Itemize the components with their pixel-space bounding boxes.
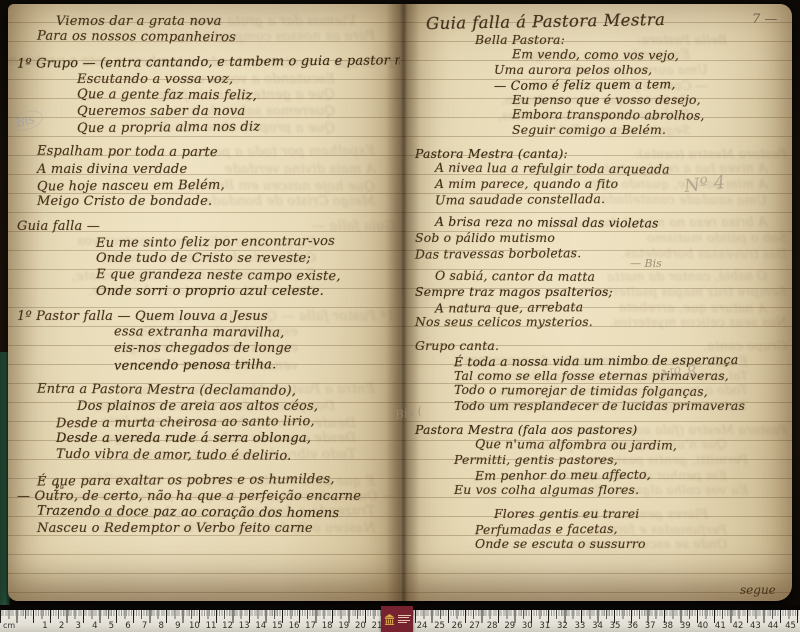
manuscript-line-text: Uma saudade constellada. <box>435 191 605 207</box>
manuscript-line-text: Perfumadas e facetas, <box>475 521 618 537</box>
ruler-number: 17 <box>305 621 316 631</box>
manuscript-line-text: Guia falla — <box>17 219 100 234</box>
ruler-number: 20 <box>355 621 366 631</box>
manuscript-line-text: Onde tudo de Cristo se reveste; <box>96 251 311 266</box>
manuscript-line: — Como é feliz quem a tem, <box>412 75 790 93</box>
manuscript-line: Dos plainos de areia aos altos céos, <box>14 399 398 415</box>
manuscript-line-text: A nivea lua a refulgir toda arqueada <box>435 160 670 177</box>
manuscript-line: Espalham por toda a parte <box>14 144 398 163</box>
manuscript-line: Pastora Mestra (canta): <box>412 146 790 161</box>
manuscript-line: essa extranha maravilha, <box>14 324 398 343</box>
manuscript-line-text: Seguir comigo a Belém. <box>512 122 666 137</box>
manuscript-line: Nasceu o Redemptor o Verbo feito carne <box>14 521 398 537</box>
ruler-number: 15 <box>272 621 283 631</box>
manuscript-line: Desde a murta cheirosa ao santo lirio, <box>14 413 398 433</box>
manuscript-line-text: Dos plainos de areia aos altos céos, <box>77 399 318 414</box>
manuscript-line-text: 1º Pastor falla — Quem louva a Jesus <box>17 309 268 324</box>
manuscript-line-text: eis-nos chegados de longe <box>114 341 292 356</box>
logo-text-lines <box>398 615 411 624</box>
notebook-spread: Viemos dar a grata nova Para os nossos c… <box>8 4 792 601</box>
manuscript-line: eis-nos chegados de longe <box>14 341 398 357</box>
manuscript-line: Em vendo, como vos vejo, <box>412 46 790 64</box>
ruler-number: 25 <box>434 621 445 631</box>
manuscript-line: Todo o rumorejar de timidas folganças, <box>412 382 790 400</box>
manuscript-line-text: Nasceu o Redemptor o Verbo feito carne <box>37 521 313 536</box>
manuscript-line: Trazendo a doce paz ao coração dos homen… <box>14 504 398 523</box>
ruler-number: 28 <box>487 621 498 631</box>
ruler-number: 29 <box>504 621 515 631</box>
ruler-number: 6 <box>125 621 130 631</box>
manuscript-line: vencendo penosa trilha. <box>14 356 398 376</box>
manuscript-line-text: Que a gente faz mais feliz, <box>77 87 257 103</box>
manuscript-line: A mais divina verdade <box>14 162 398 178</box>
pencil-annotation-no4: Nº 4 <box>683 172 726 197</box>
ruler-number: 34 <box>592 621 603 631</box>
right-page: Guia falla á Pastora Mestra Bella Pastor… <box>400 4 792 601</box>
manuscript-line-text: Pastora Mestra (fala aos pastores) <box>415 422 637 437</box>
ruler-number: 43 <box>750 621 761 631</box>
manuscript-line: É que para exaltar os pobres e os humild… <box>14 471 398 491</box>
manuscript-line: — Outro, de certo, não ha que a perfeiçã… <box>14 489 398 505</box>
manuscript-line: Bella Pastora: <box>412 32 790 47</box>
manuscript-line-text: Em penhor do meu affecto, <box>475 467 651 484</box>
right-page-text: Bella Pastora: Em vendo, como vos vejo, … <box>412 32 790 551</box>
ruler-number: 8 <box>158 621 163 631</box>
manuscript-line: E que grandeza neste campo existe, <box>14 266 398 285</box>
manuscript-line-text: Eu me sinto feliz por encontrar-vos <box>96 234 335 251</box>
manuscript-line: Permitti, gentis pastores, <box>412 452 790 467</box>
manuscript-line-text: Espalham por toda a parte <box>37 144 218 160</box>
ruler-number: 40 <box>697 621 708 631</box>
ruler-number: 30 <box>522 621 533 631</box>
manuscript-line: Todo um resplandecer de lucidas primaver… <box>412 398 790 413</box>
manuscript-line: Perfumadas e facetas, <box>412 519 790 537</box>
manuscript-line: A nivea lua a refulgir toda arqueada <box>412 160 790 178</box>
manuscript-line: Flores gentis eu trarei <box>412 506 790 521</box>
manuscript-line: Eu me sinto feliz por encontrar-vos <box>14 234 398 254</box>
building-icon <box>383 613 396 626</box>
pencil-annotation-bis: — Bis <box>630 257 662 270</box>
manuscript-line: Pastora Mestra (fala aos pastores) <box>412 422 790 437</box>
manuscript-line-text: Para os nossos companheiros <box>37 29 236 46</box>
manuscript-line-text: Bella Pastora: <box>475 32 565 47</box>
manuscript-line: 1º Pastor falla — Quem louva a Jesus <box>14 309 398 325</box>
ruler-number: 14 <box>255 621 266 631</box>
manuscript-line: Meigo Cristo de bondade. <box>14 194 398 210</box>
manuscript-line-text: Em vendo, como vos vejo, <box>512 46 679 62</box>
manuscript-line-text: Meigo Cristo de bondade. <box>37 194 212 209</box>
ruler-number: 44 <box>768 621 779 631</box>
verse-number-mark: 2ª <box>54 484 64 494</box>
page-heading: Guia falla á Pastora Mestra <box>426 10 666 33</box>
manuscript-line-text: Escutando a vossa voz, <box>77 72 233 87</box>
manuscript-line: Viemos dar a grata nova <box>14 14 398 30</box>
manuscript-line-text: Que n'uma alfombra ou jardim, <box>475 436 677 453</box>
manuscript-line-text: Permitti, gentis pastores, <box>454 452 618 467</box>
manuscript-line: Tudo vibra de amor, tudo é delirio. <box>14 446 398 465</box>
manuscript-line-text: Das travessas borboletas. <box>415 245 581 261</box>
page-number: 7 — <box>752 12 777 27</box>
manuscript-line: Seguir comigo a Belém. <box>412 122 790 137</box>
manuscript-line: Que hoje nasceu em Belém, <box>14 176 398 196</box>
manuscript-line-text: Onde sorri o proprio azul celeste. <box>96 284 324 299</box>
manuscript-line: Eu penso que é vosso desejo, <box>412 92 790 107</box>
manuscript-line: Onde tudo de Cristo se reveste; <box>14 251 398 267</box>
manuscript-line: Onde sorri o proprio azul celeste. <box>14 284 398 300</box>
manuscript-line: Tal como se ella fosse eternas primavera… <box>412 368 790 383</box>
manuscript-line: 1º Grupo — (entra cantando, e tambem o g… <box>14 54 398 74</box>
manuscript-line-text: Entra a Pastora Mestra (declamando), <box>37 381 296 398</box>
ruler-number: 2 <box>59 621 64 631</box>
manuscript-line-text: Todo o rumorejar de timidas folganças, <box>454 382 708 399</box>
left-page: Viemos dar a grata nova Para os nossos c… <box>8 4 400 601</box>
manuscript-line-text: Queremos saber da nova <box>77 104 245 119</box>
ruler-number: 24 <box>417 621 428 631</box>
manuscript-line-text: Todo um resplandecer de lucidas primaver… <box>454 398 745 413</box>
manuscript-line-text: — Como é feliz quem a tem, <box>494 76 676 93</box>
left-page-text: Viemos dar a grata nova Para os nossos c… <box>14 14 398 537</box>
manuscript-line: A natura que, arrebata <box>412 297 790 315</box>
ruler-number: 38 <box>662 621 673 631</box>
manuscript-line-text: essa extranha maravilha, <box>114 324 285 340</box>
ruler-unit-label: cm <box>3 621 15 630</box>
manuscript-line-text: A brisa reza no missal das violetas <box>435 214 659 231</box>
ruler-number: 35 <box>610 621 621 631</box>
manuscript-line: Guia falla — <box>14 219 398 235</box>
manuscript-line-text: Trazendo a doce paz ao coração dos homen… <box>37 504 339 521</box>
manuscript-line-text: E que grandeza neste campo existe, <box>96 267 341 284</box>
ruler-number: 26 <box>452 621 463 631</box>
measurement-ruler: cm 1234567891011121314151617181920212425… <box>0 605 800 632</box>
catchword-segue: segue <box>740 583 776 597</box>
manuscript-line: Sempre traz magos psalterios; <box>412 284 790 299</box>
ruler-number: 36 <box>627 621 638 631</box>
manuscript-line: Entra a Pastora Mestra (declamando), <box>14 381 398 400</box>
manuscript-line-text: vencendo penosa trilha. <box>114 357 277 373</box>
manuscript-line-text: Eu vos colha algumas flores. <box>454 482 639 497</box>
ruler-number: 12 <box>222 621 233 631</box>
manuscript-line-text: Tudo vibra de amor, tudo é delirio. <box>56 446 292 463</box>
manuscript-line: Sob o pálido mutismo <box>412 230 790 245</box>
manuscript-line: Em penhor do meu affecto, <box>412 465 790 483</box>
ruler-number: 19 <box>338 621 349 631</box>
manuscript-line: Uma saudade constellada. <box>412 189 790 207</box>
manuscript-line-text: Sempre traz magos psalterios; <box>415 284 613 299</box>
manuscript-line-text: O sabiá, cantor da matta <box>435 268 595 284</box>
ruler-number: 9 <box>175 621 180 631</box>
manuscript-line: Nos seus celicos mysterios. <box>412 314 790 329</box>
manuscript-line: A brisa reza no missal das violetas <box>412 214 790 232</box>
manuscript-line-text: Que hoje nasceu em Belém, <box>37 178 225 195</box>
ruler-number: 5 <box>109 621 114 631</box>
ruler-number: 37 <box>645 621 656 631</box>
manuscript-line-text: A mim parece, quando a fito <box>435 176 618 191</box>
manuscript-line-text: A natura que, arrebata <box>435 299 583 315</box>
manuscript-line: Grupo canta. <box>412 338 790 353</box>
ruler-number: 16 <box>289 621 300 631</box>
manuscript-line-text: Grupo canta. <box>415 338 499 353</box>
ruler-number: 13 <box>239 621 250 631</box>
manuscript-line: Que n'uma alfombra ou jardim, <box>412 436 790 454</box>
ruler-number: 42 <box>732 621 743 631</box>
manuscript-line-text: Uma aurora pelos olhos, <box>494 62 652 77</box>
ruler-number: 11 <box>206 621 217 631</box>
ruler-number: 27 <box>469 621 480 631</box>
ruler-number: 33 <box>575 621 586 631</box>
manuscript-line-text: Embora transpondo abrolhos, <box>512 106 705 123</box>
manuscript-line: É toda a nossa vida um nimbo de esperanç… <box>412 351 790 369</box>
manuscript-line-text: Desde a murta cheirosa ao santo lirio, <box>56 414 315 431</box>
manuscript-line: Eu vos colha algumas flores. <box>412 482 790 497</box>
institution-logo <box>381 606 413 632</box>
ruler-number: 45 <box>785 621 796 631</box>
manuscript-line-text: É que para exaltar os pobres e os humild… <box>37 472 335 490</box>
ruler-number: 32 <box>557 621 568 631</box>
manuscript-line: Para os nossos companheiros <box>14 29 398 48</box>
ruler-number: 18 <box>322 621 333 631</box>
manuscript-line-text: Viemos dar a grata nova <box>56 14 222 29</box>
manuscript-line: Que a propria alma nos diz <box>14 118 398 138</box>
ruler-number: 3 <box>75 621 80 631</box>
manuscript-line-text: Flores gentis eu trarei <box>494 506 639 521</box>
scanned-manuscript-photo: Viemos dar a grata nova Para os nossos c… <box>0 0 800 632</box>
ruler-number: 41 <box>715 621 726 631</box>
manuscript-line: Uma aurora pelos olhos, <box>412 62 790 77</box>
ruler-number: 7 <box>142 621 147 631</box>
manuscript-line-text: Onde se escuta o sussurro <box>475 536 646 551</box>
manuscript-line: O sabiá, cantor da matta <box>412 268 790 286</box>
ruler-number: 4 <box>92 621 97 631</box>
ruler-number: 10 <box>189 621 200 631</box>
manuscript-line-text: Desde a vereda rude á serra oblonga, <box>56 431 311 446</box>
manuscript-line: Queremos saber da nova <box>14 104 398 120</box>
manuscript-line: A mim parece, quando a fito <box>412 176 790 191</box>
manuscript-line: Das travessas borboletas. <box>412 243 790 261</box>
manuscript-line-text: A mais divina verdade <box>37 162 187 177</box>
manuscript-line: Desde a vereda rude á serra oblonga, <box>14 431 398 447</box>
manuscript-line: Que a gente faz mais feliz, <box>14 86 398 105</box>
ruler-number: 39 <box>680 621 691 631</box>
manuscript-line: Embora transpondo abrolhos, <box>412 106 790 124</box>
manuscript-line: Onde se escuta o sussurro <box>412 536 790 551</box>
manuscript-line-text: 1º Grupo — (entra cantando, e tambem o g… <box>17 53 400 72</box>
manuscript-line-text: — Outro, de certo, não ha que a perfeiçã… <box>17 489 361 504</box>
manuscript-line-text: Sob o pálido mutismo <box>415 230 555 245</box>
manuscript-line-text: Eu penso que é vosso desejo, <box>512 92 701 107</box>
manuscript-line: Escutando a vossa voz, <box>14 72 398 88</box>
manuscript-line-text: Que a propria alma nos diz <box>77 120 260 137</box>
ruler-number: 1 <box>42 621 47 631</box>
ruler-number: 31 <box>539 621 550 631</box>
